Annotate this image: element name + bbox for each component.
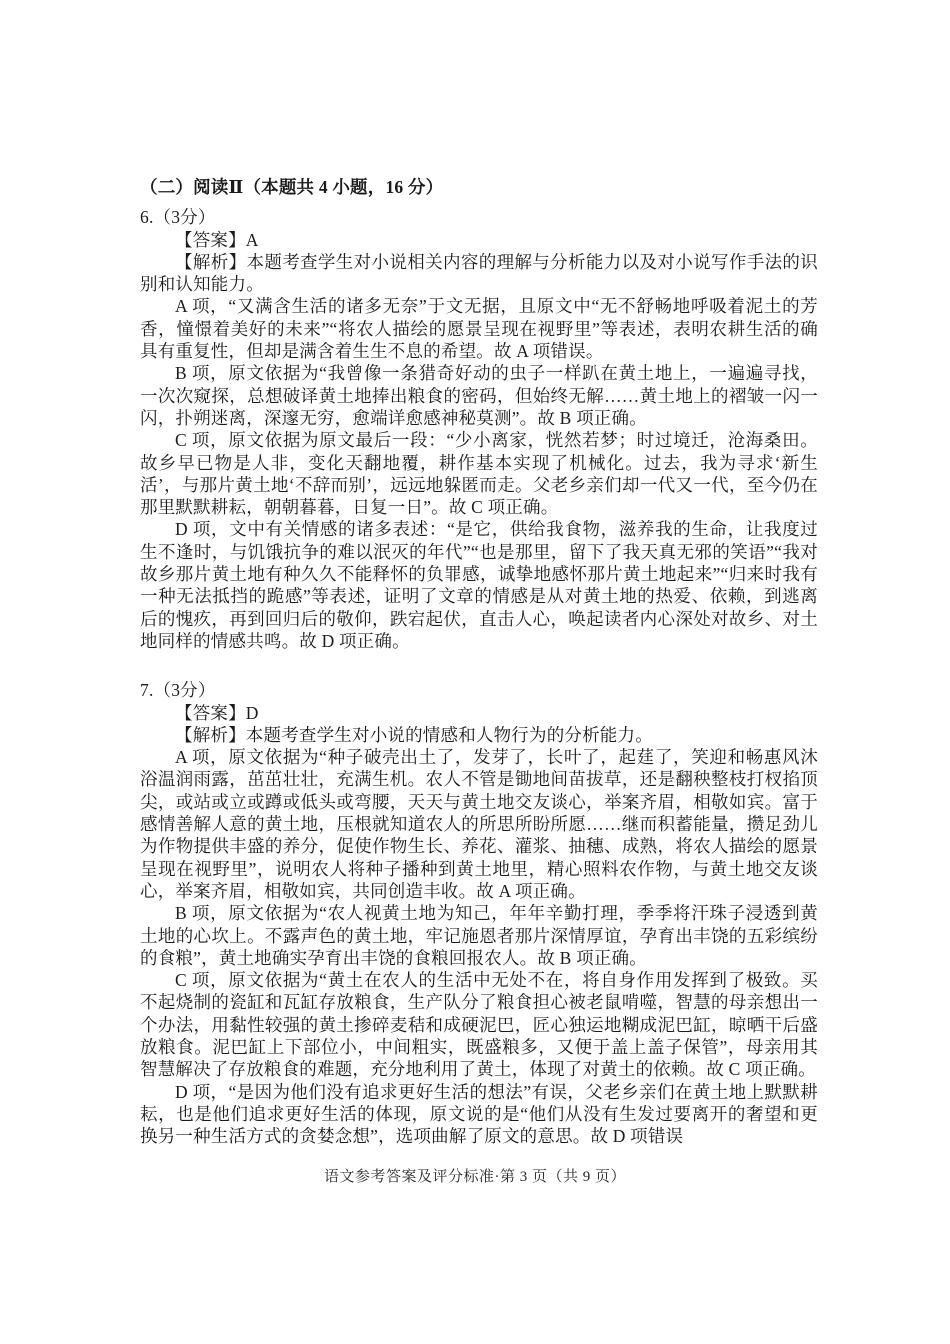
question-7-block: 7.（3分） 【答案】D 【解析】本题考查学生对小说的情感和人物行为的分析能力。… xyxy=(140,679,818,1147)
question-6-answer-line: 【答案】A xyxy=(140,229,818,251)
question-6-option-d-analysis: D 项，文中有关情感的诸多表述：“是它，供给我食物，滋养我的生命，让我度过生不逢… xyxy=(140,518,818,652)
question-6-option-c-analysis: C 项，原文依据为原文最后一段：“少小离家，恍然若梦；时过境迁，沧海桑田。故乡早… xyxy=(140,429,818,518)
question-7-number: 7.（3分） xyxy=(140,679,818,701)
answer-content: （二）阅读Ⅱ（本题共 4 小题，16 分） 6.（3分） 【答案】A 【解析】本… xyxy=(140,176,818,1147)
question-7-option-b-analysis: B 项，原文依据为“农人视黄土地为知己，年年辛勤打理，季季将汗珠子浸透到黄土地的… xyxy=(140,902,818,969)
section-heading: （二）阅读Ⅱ（本题共 4 小题，16 分） xyxy=(140,176,818,198)
question-6-option-a-analysis: A 项，“又满含生活的诸多无奈”于文无据，且原文中“无不舒畅地呼吸着泥土的芳香，… xyxy=(140,295,818,362)
question-6-number: 6.（3分） xyxy=(140,206,818,228)
question-7-option-d-analysis: D 项，“是因为他们没有追求更好生活的想法”有误，父老乡亲们在黄土地上默默耕耘，… xyxy=(140,1081,818,1148)
question-7-analysis-intro: 【解析】本题考查学生对小说的情感和人物行为的分析能力。 xyxy=(140,724,818,746)
question-6-analysis-intro: 【解析】本题考查学生对小说相关内容的理解与分析能力以及对小说写作手法的识别和认知… xyxy=(140,251,818,296)
page-footer: 语文参考答案及评分标准·第 3 页（共 9 页） xyxy=(0,1165,950,1186)
exam-answer-sheet-page: （二）阅读Ⅱ（本题共 4 小题，16 分） 6.（3分） 【答案】A 【解析】本… xyxy=(0,0,950,1344)
question-6-block: 6.（3分） 【答案】A 【解析】本题考查学生对小说相关内容的理解与分析能力以及… xyxy=(140,206,818,652)
question-7-option-c-analysis: C 项，原文依据为“黄土在农人的生活中无处不在，将自身作用发挥到了极致。买不起烧… xyxy=(140,969,818,1080)
question-6-option-b-analysis: B 项，原文依据为“我曾像一条猎奇好动的虫子一样趴在黄土地上，一遍遍寻找，一次次… xyxy=(140,362,818,429)
question-7-answer-line: 【答案】D xyxy=(140,702,818,724)
question-7-option-a-analysis: A 项，原文依据为“种子破壳出土了，发芽了，长叶了，起莛了，笑迎和畅惠风沐浴温润… xyxy=(140,746,818,902)
